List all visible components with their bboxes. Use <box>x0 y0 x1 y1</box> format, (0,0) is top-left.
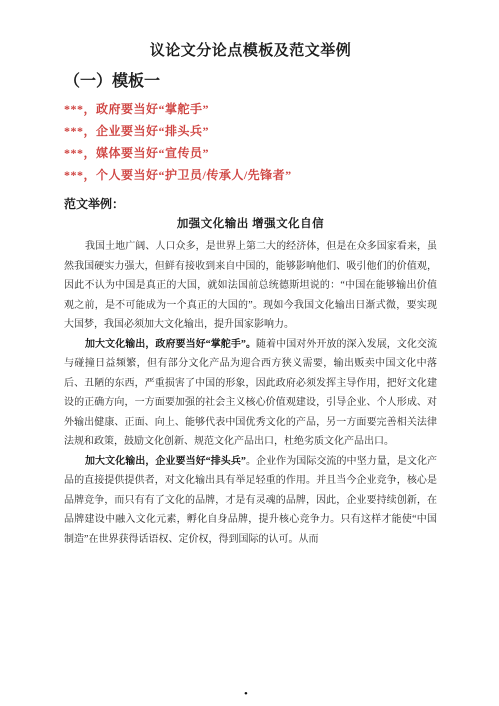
document-page: 议论文分论点模板及范文举例 （一）模板一 ***，政府要当好“掌舵手” ***，… <box>0 0 499 706</box>
template-point-media: ***，媒体要当好“宣传员” <box>64 142 437 164</box>
doc-title: 议论文分论点模板及范文举例 <box>64 42 437 60</box>
essay-title: 加强文化输出 增强文化自信 <box>64 218 437 231</box>
paragraph-lead: 加大文化输出，政府要当好“掌舵手”。 <box>85 339 256 350</box>
paragraph-body: 我国土地广阔、人口众多，是世界上第二大的经济体，但是在众多国家看来，虽然我国硬实… <box>64 241 437 330</box>
example-label: 范文举例： <box>64 197 437 211</box>
template-point-individual: ***，个人要当好“护卫员/传承人/先锋者” <box>64 164 437 186</box>
template-point-government: ***，政府要当好“掌舵手” <box>64 98 437 120</box>
document-content: 议论文分论点模板及范文举例 （一）模板一 ***，政府要当好“掌舵手” ***，… <box>0 0 499 549</box>
section-heading-template-one: （一）模板一 <box>64 72 437 91</box>
paragraph-body: 随着中国对外开放的深入发展，文化交流与碰撞日益频繁，但有部分文化产品为迎合西方狭… <box>64 339 437 448</box>
essay-paragraph-intro: 我国土地广阔、人口众多，是世界上第二大的经济体，但是在众多国家看来，虽然我国硬实… <box>64 237 437 335</box>
essay-paragraph-government: 加大文化输出，政府要当好“掌舵手”。随着中国对外开放的深入发展，文化交流与碰撞日… <box>64 335 437 452</box>
paragraph-body: 。企业作为国际交流的中坚力量，是文化产品的直接提供提供者，对文化输出具有举足轻重… <box>64 456 437 545</box>
footer-bullet: • <box>244 689 248 700</box>
template-point-list: ***，政府要当好“掌舵手” ***，企业要当好“排头兵” ***，媒体要当好“… <box>64 98 437 186</box>
essay-paragraph-enterprise: 加大文化输出，企业要当好“排头兵”。企业作为国际交流的中坚力量，是文化产品的直接… <box>64 452 437 550</box>
paragraph-lead: 加大文化输出，企业要当好“排头兵” <box>85 456 246 467</box>
template-point-enterprise: ***，企业要当好“排头兵” <box>64 120 437 142</box>
